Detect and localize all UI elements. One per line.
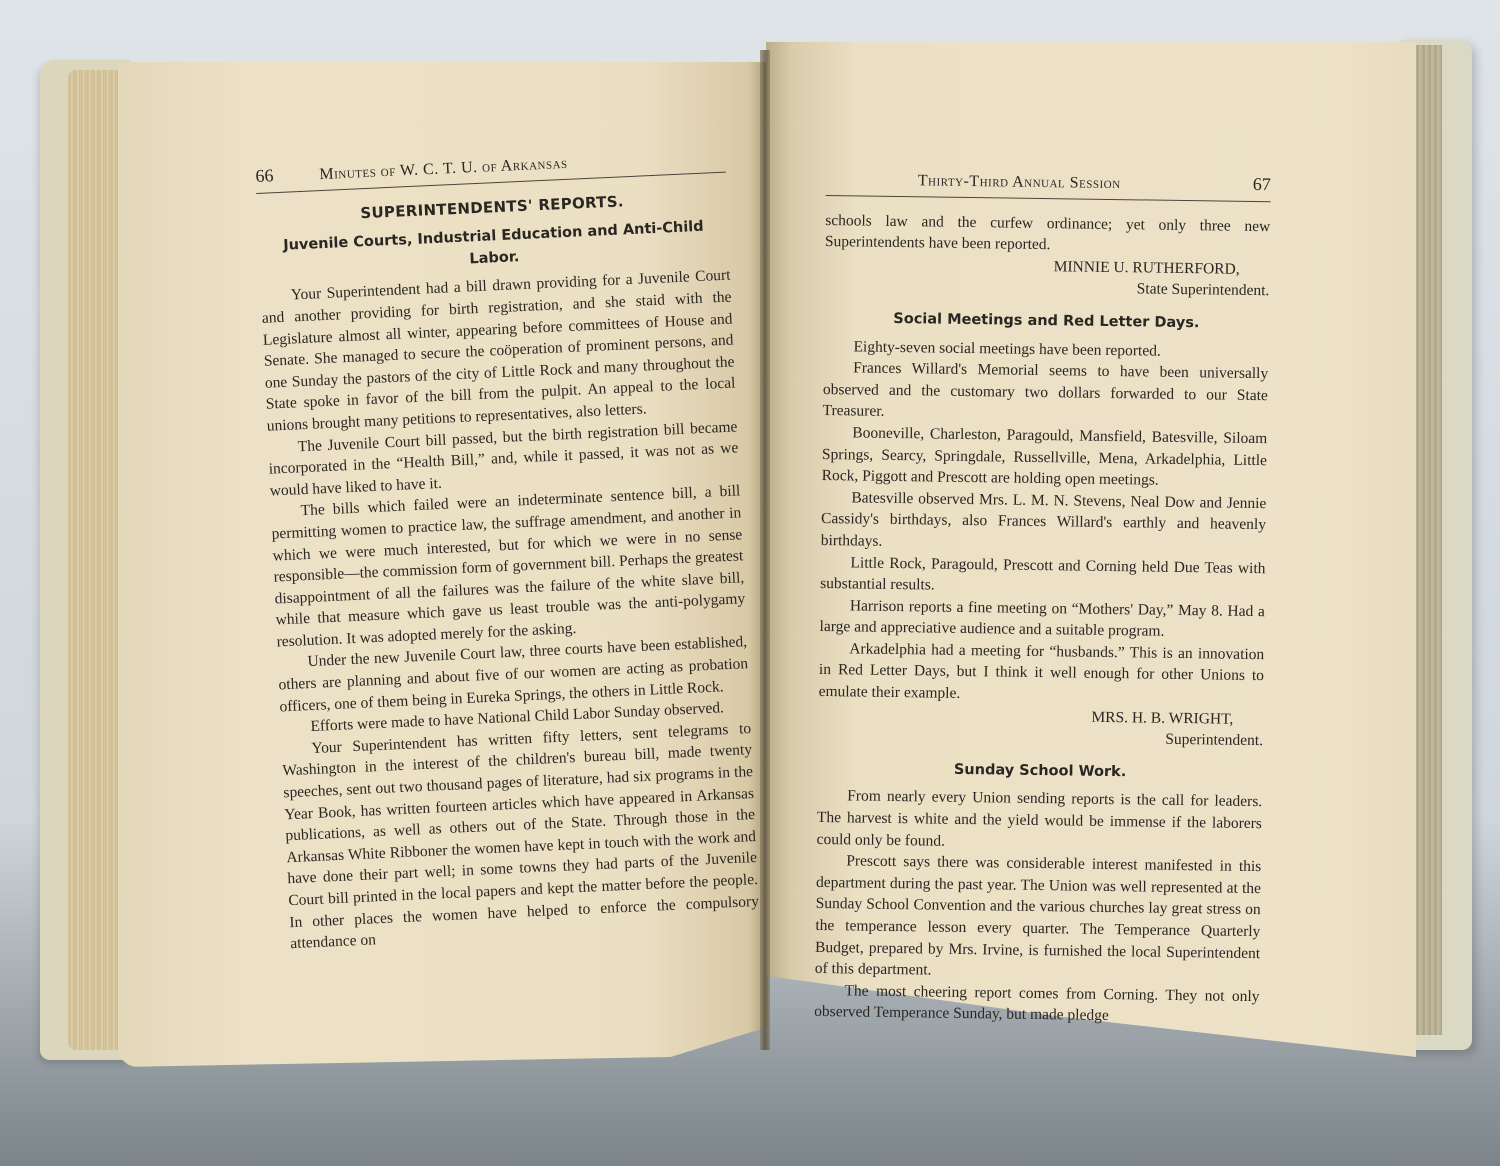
right-running-head: Thirty-Third Annual Session 67 xyxy=(826,168,1271,202)
paragraph: Frances Willard's Memorial seems to have… xyxy=(822,357,1268,428)
open-book: 66 Minutes of W. C. T. U. of Arkansas SU… xyxy=(0,0,1500,1166)
running-head-title: Thirty-Third Annual Session xyxy=(918,170,1253,196)
left-page-text: 66 Minutes of W. C. T. U. of Arkansas SU… xyxy=(255,145,760,955)
paragraph: Batesville observed Mrs. L. M. N. Steven… xyxy=(821,487,1267,558)
paragraph: Your Superintendent had a bill drawn pro… xyxy=(260,265,736,437)
paragraph: Little Rock, Paragould, Prescott and Cor… xyxy=(820,551,1266,600)
paragraph: From nearly every Union sending reports … xyxy=(816,785,1262,856)
page-number: 67 xyxy=(1253,174,1271,196)
paragraph: The most cheering report comes from Corn… xyxy=(814,980,1260,1029)
paragraph: The bills which failed were an indetermi… xyxy=(270,481,746,653)
continuation-paragraph: schools law and the curfew ordinance; ye… xyxy=(825,210,1271,259)
signature-block: MRS. H. B. WRIGHT, Superintendent. xyxy=(818,703,1264,752)
right-page-text: Thirty-Third Annual Session 67 schools l… xyxy=(814,168,1271,1029)
page-number: 66 xyxy=(255,165,274,187)
signature-block: MINNIE U. RUTHERFORD, State Superintende… xyxy=(824,253,1270,302)
paragraph: Booneville, Charleston, Paragould, Mansf… xyxy=(822,422,1268,493)
paragraph: Your Superintendent has written fifty le… xyxy=(281,718,760,955)
paragraph: Arkadelphia had a meeting for “husbands.… xyxy=(819,638,1265,709)
book-gutter xyxy=(760,50,770,1050)
section-title: Sunday School Work. xyxy=(817,758,1262,786)
paragraph: Harrison reports a fine meeting on “Moth… xyxy=(819,595,1265,644)
section-title: Social Meetings and Red Letter Days. xyxy=(824,308,1269,336)
page-edges-left xyxy=(68,70,126,1050)
paragraph: Prescott says there was considerable int… xyxy=(815,850,1262,986)
